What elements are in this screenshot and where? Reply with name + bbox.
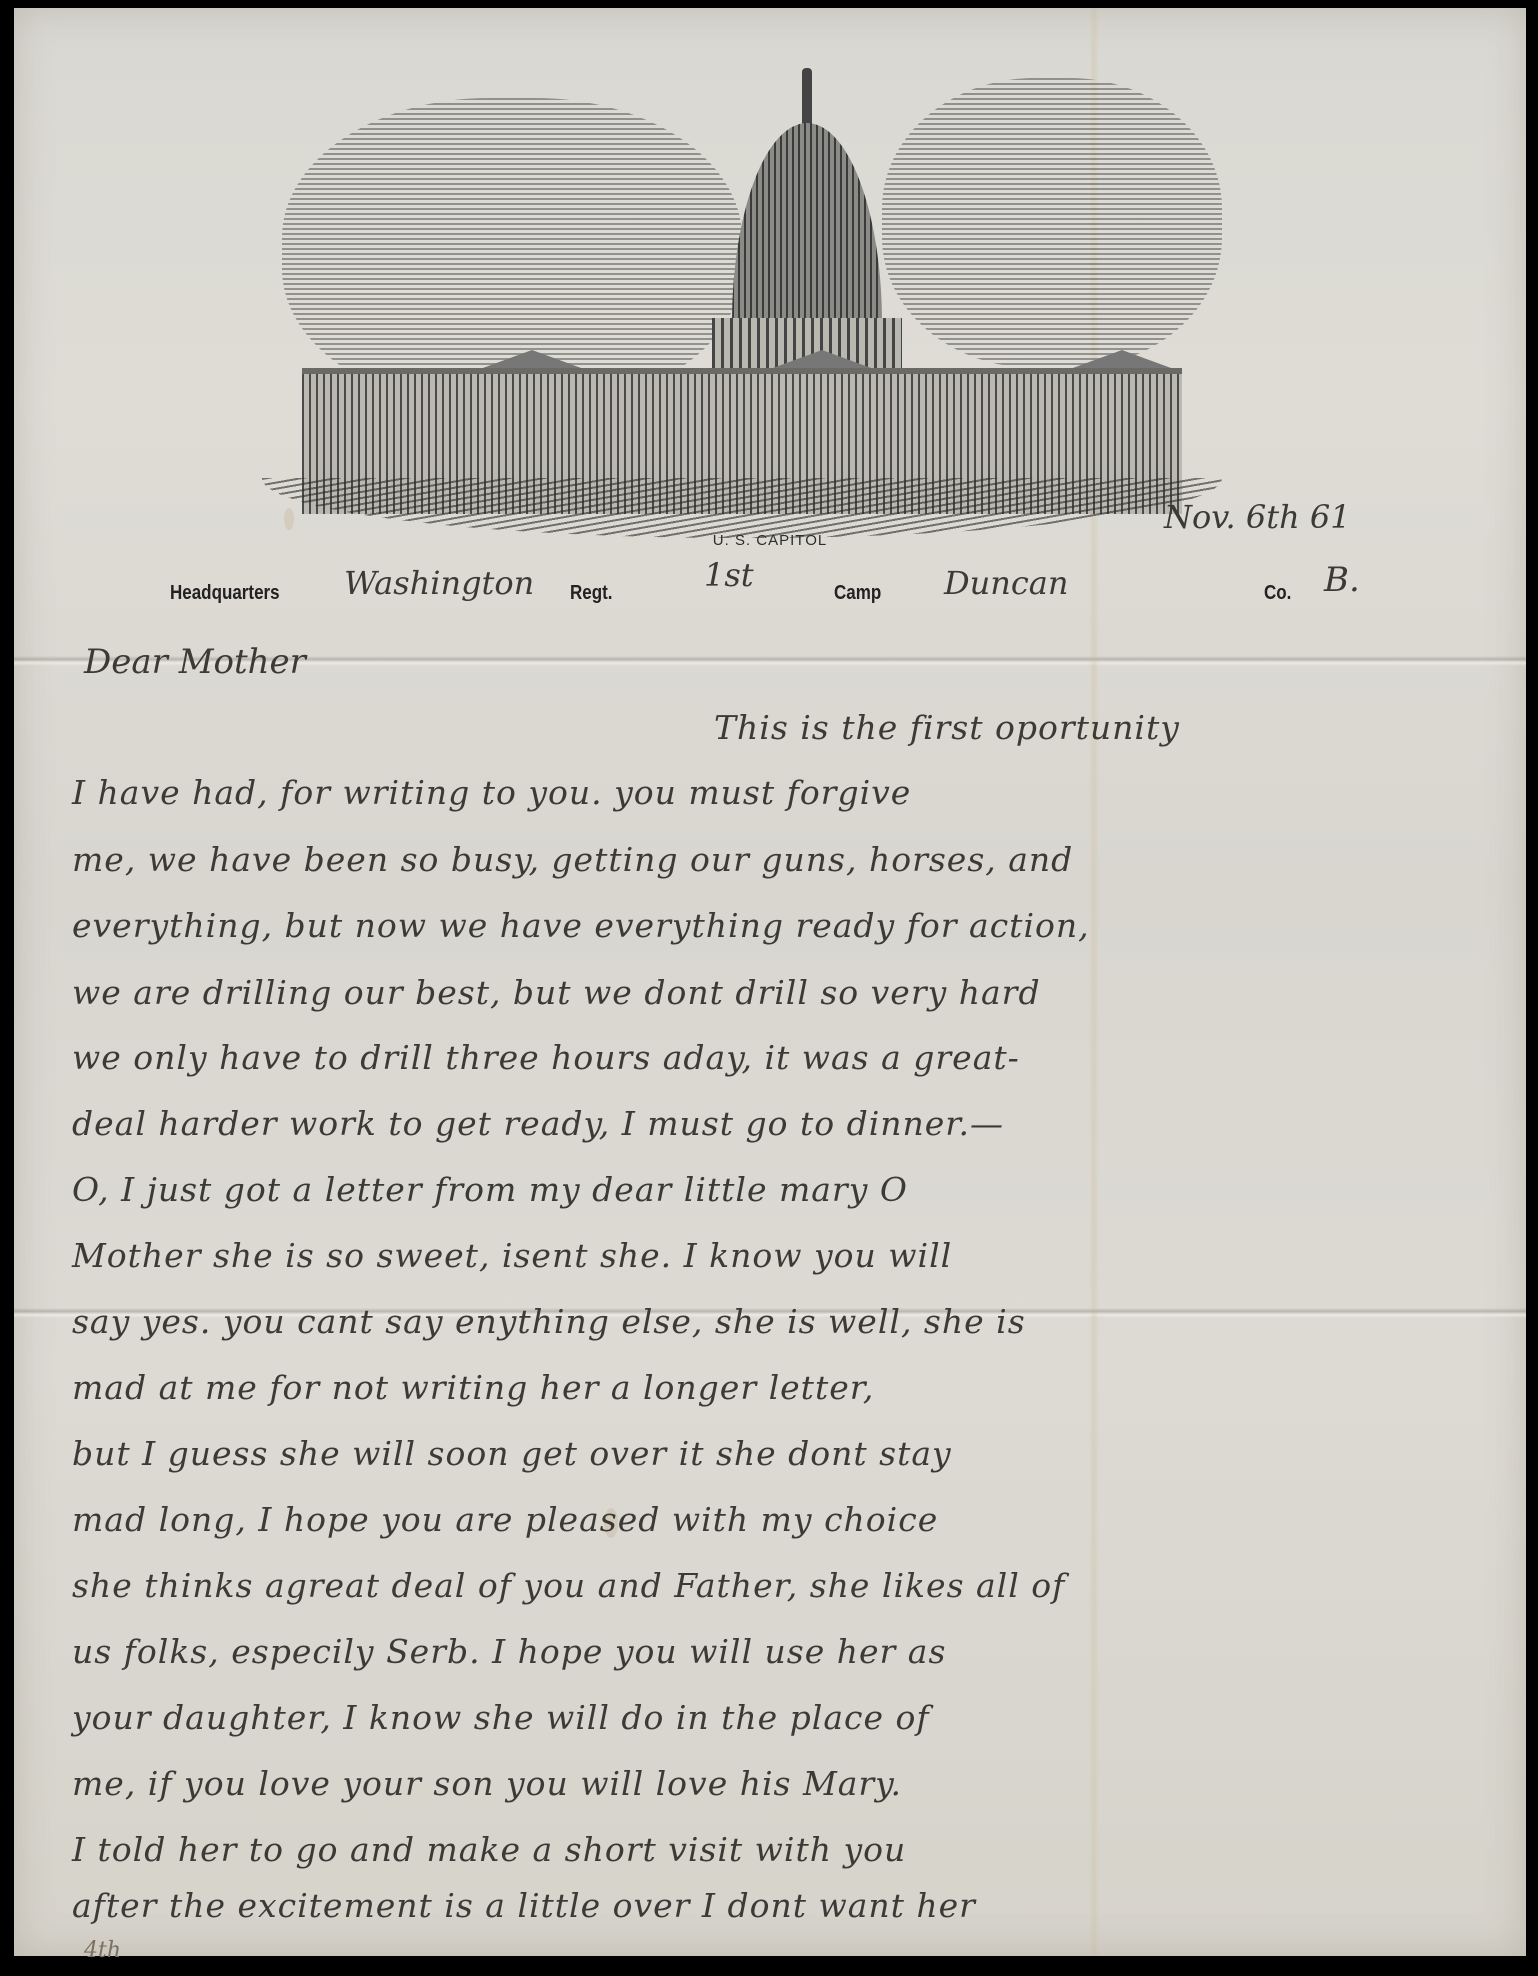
letter-line: Mother she is so sweet, isent she. I kno… <box>72 1236 952 1275</box>
regiment-name: Washington <box>344 564 534 602</box>
dome-spire <box>802 68 812 128</box>
letter-line: but I guess she will soon get over it sh… <box>72 1434 952 1473</box>
letter-line: us folks, especily Serb. I hope you will… <box>72 1632 946 1671</box>
letter-line: say yes. you cant say enything else, she… <box>72 1302 1026 1341</box>
letter-line: she thinks agreat deal of you and Father… <box>72 1566 1065 1605</box>
printed-regt-label: Regt. <box>570 582 613 605</box>
letter-line: mad long, I hope you are pleased with my… <box>72 1500 938 1539</box>
letter-line: deal harder work to get ready, I must go… <box>72 1104 1004 1143</box>
letter-line: I have had, for writing to you. you must… <box>72 773 911 812</box>
letter-line: mad at me for not writing her a longer l… <box>72 1368 874 1407</box>
printed-camp-label: Camp <box>834 582 881 605</box>
regiment-number: 1st <box>704 556 754 594</box>
letter-line: me, if you love your son you will love h… <box>72 1764 902 1803</box>
letter-line: me, we have been so busy, getting our gu… <box>72 840 1073 879</box>
letter-line: everything, but now we have everything r… <box>72 906 1090 945</box>
salutation: Dear Mother <box>84 642 306 682</box>
letter-line: I told her to go and make a short visit … <box>72 1830 906 1869</box>
printed-company-label: Co. <box>1264 582 1291 605</box>
letter-line: we only have to drill three hours aday, … <box>72 1038 1020 1077</box>
capitol-engraving <box>242 38 1242 528</box>
letter-line: after the excitement is a little over I … <box>72 1886 976 1925</box>
letter-line: your daughter, I know she will do in the… <box>72 1698 930 1737</box>
margin-note: 4th <box>84 1938 121 1963</box>
cloud-illustration <box>882 78 1222 368</box>
letter-line: This is the first oportunity <box>714 708 1180 747</box>
letter-line: we are drilling our best, but we dont dr… <box>72 973 1041 1012</box>
capitol-grounds <box>262 478 1222 538</box>
letter-date: Nov. 6th 61 <box>1164 498 1351 536</box>
printed-headquarters-label: Headquarters <box>170 582 280 605</box>
letter-page: U. S. CAPITOL Nov. 6th 61 Headquarters W… <box>14 8 1526 1956</box>
company-letter: B. <box>1324 560 1360 600</box>
letter-line: O, I just got a letter from my dear litt… <box>72 1170 908 1209</box>
camp-name: Duncan <box>944 564 1068 602</box>
